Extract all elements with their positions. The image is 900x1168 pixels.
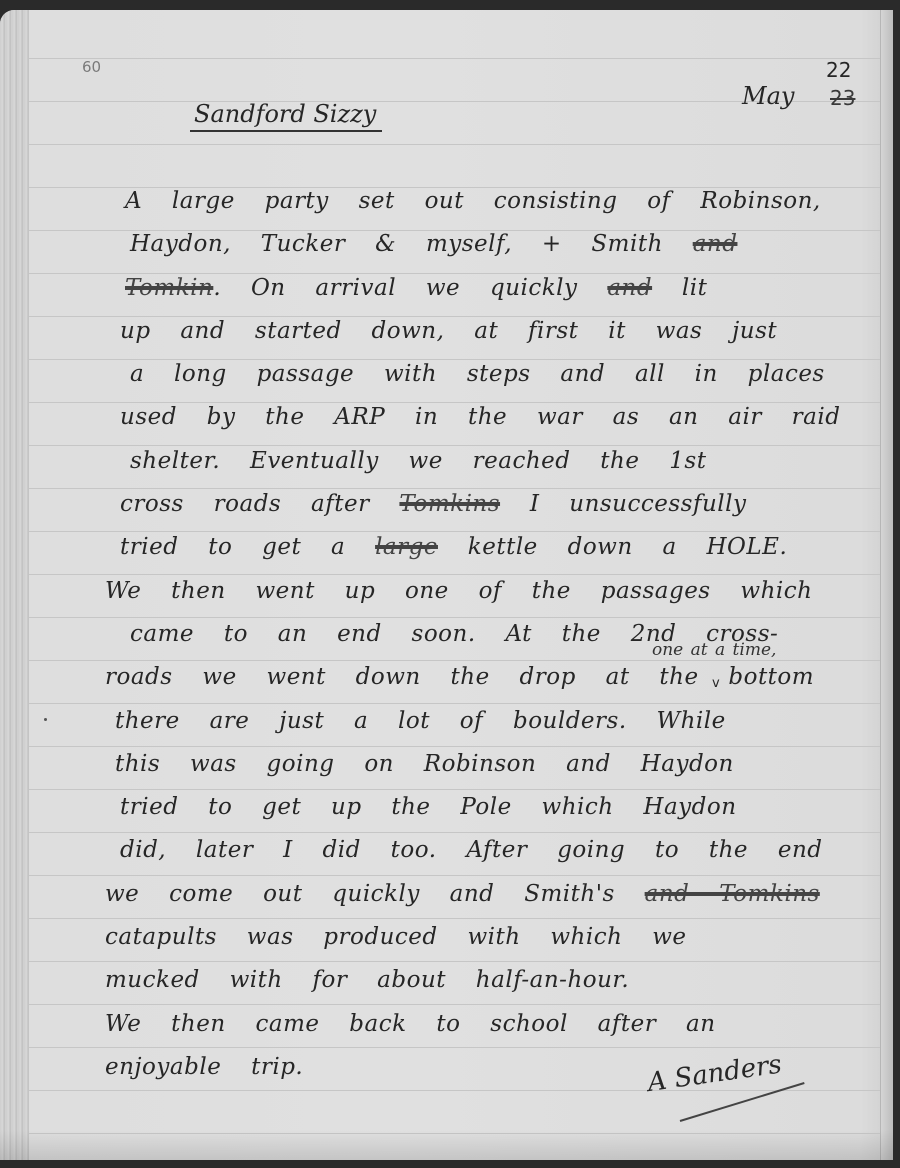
text-segment: Haydon, Tucker & myself, + Smith (130, 231, 693, 257)
text-line: this was going on Robinson and Haydon (105, 743, 895, 786)
text-segment: enjoyable trip. (105, 1054, 303, 1080)
text-line: a long passage with steps and all in pla… (105, 353, 895, 396)
insertion-caret: v (712, 676, 720, 691)
text-segment: up and started down, at first it was jus… (120, 318, 777, 344)
text-line: tried to get a large kettle down a HOLE. (105, 526, 895, 569)
entry-date-day: 22 (826, 58, 851, 82)
entry-date-month: May (742, 82, 794, 110)
text-line: cross roads after Tomkins I unsuccessful… (105, 483, 895, 526)
text-line: Tomkin. On arrival we quickly and lit (105, 267, 895, 310)
struck-text: and Tomkins (645, 881, 820, 907)
text-line: we come out quickly and Smith's and Tomk… (105, 873, 895, 916)
struck-text: Tomkin (125, 275, 213, 301)
struck-text: and (607, 275, 652, 301)
text-line: did, later I did too. After going to the… (105, 829, 895, 872)
text-segment: a long passage with steps and all in pla… (130, 361, 825, 387)
struck-text: large (375, 534, 438, 560)
text-line: A large party set out consisting of Robi… (105, 180, 895, 223)
text-line: We then came back to school after an (105, 1003, 895, 1046)
text-segment: did, later I did too. After going to the… (120, 837, 823, 863)
text-line: roads we went down the drop at the botto… (105, 656, 895, 699)
text-segment: roads we went down the drop at the botto… (105, 664, 814, 690)
struck-text: Tomkins (399, 491, 500, 517)
ink-dot (44, 718, 47, 721)
text-segment: mucked with for about half-an-hour. (105, 967, 629, 993)
text-segment: this was going on Robinson and Haydon (115, 751, 734, 777)
text-segment: tried to get up the Pole which Haydon (120, 794, 737, 820)
page-shadow (0, 1130, 893, 1160)
text-segment: catapults was produced with which we (105, 924, 687, 950)
text-segment: used by the ARP in the war as an air rai… (120, 404, 840, 430)
page-stack-edge (0, 10, 29, 1160)
text-line: catapults was produced with which we (105, 916, 895, 959)
text-segment: shelter. Eventually we reached the 1st (130, 448, 706, 474)
text-line: Haydon, Tucker & myself, + Smith and (105, 223, 895, 266)
text-segment: there are just a lot of boulders. While (115, 708, 726, 734)
text-segment: We then went up one of the passages whic… (105, 578, 812, 604)
text-line: there are just a lot of boulders. While (105, 700, 895, 743)
text-line: tried to get up the Pole which Haydon (105, 786, 895, 829)
text-line: shelter. Eventually we reached the 1st (105, 440, 895, 483)
text-segment: We then came back to school after an (105, 1011, 716, 1037)
text-line: came to an end soon. At the 2nd cross- (105, 613, 895, 656)
struck-text: and (693, 231, 738, 257)
entry-body: A large party set out consisting of Robi… (105, 180, 895, 1089)
text-line: We then went up one of the passages whic… (105, 570, 895, 613)
text-segment: tried to get a (120, 534, 375, 560)
text-segment: kettle down a HOLE. (438, 534, 787, 560)
text-segment: lit (652, 275, 707, 301)
text-segment: A large party set out consisting of Robi… (125, 188, 821, 214)
entry-title: Sandford Sizzy (190, 100, 382, 132)
text-line: up and started down, at first it was jus… (105, 310, 895, 353)
text-segment: we come out quickly and Smith's (105, 881, 645, 907)
text-line: mucked with for about half-an-hour. (105, 959, 895, 1002)
text-line: used by the ARP in the war as an air rai… (105, 396, 895, 439)
text-segment: I unsuccessfully (500, 491, 746, 517)
text-segment: cross roads after (120, 491, 399, 517)
entry-date-struck-day: 23 (830, 86, 855, 110)
page-number: 60 (82, 58, 101, 76)
text-segment: . On arrival we quickly (213, 275, 607, 301)
inserted-text: one at a time, (652, 640, 776, 660)
